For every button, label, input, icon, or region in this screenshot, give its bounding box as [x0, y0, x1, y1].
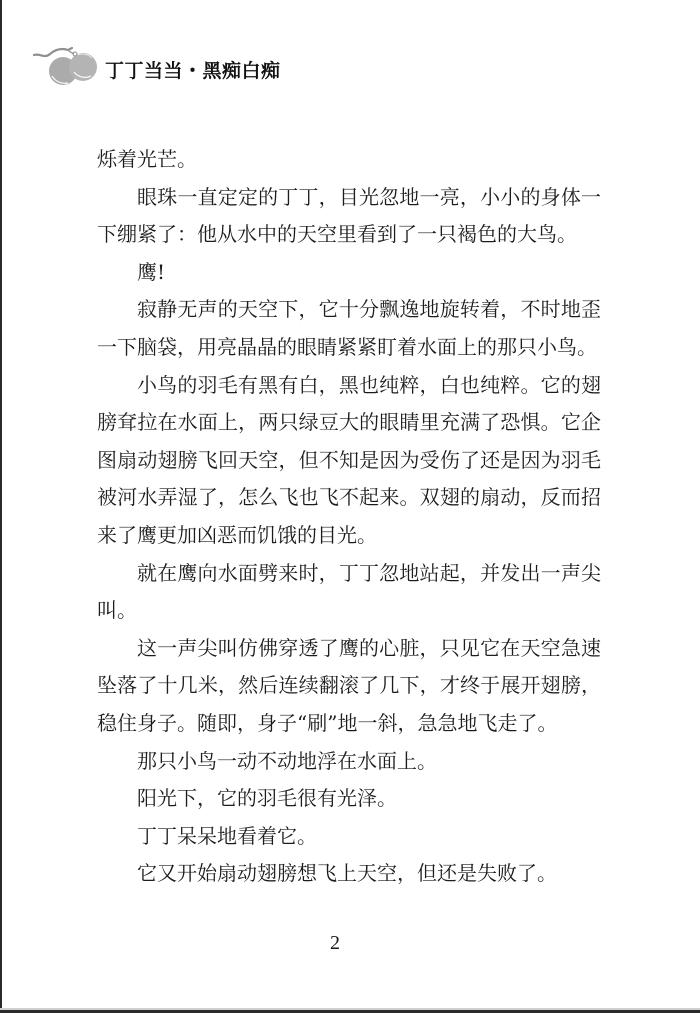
paragraph: 眼珠一直定定的丁丁，目光忽地一亮，小小的身体一下绷紧了：他从水中的天空里看到了一…: [97, 179, 601, 254]
page-number: 2: [0, 932, 670, 955]
paragraph: 那只小鸟一动不动地浮在水面上。: [97, 743, 601, 781]
book-title: 丁丁当当・黑痴白痴: [105, 56, 281, 83]
running-header: [30, 44, 104, 86]
paragraph: 这一声尖叫仿佛穿透了鹰的心脏，只见它在天空急速坠落了十几米，然后连续翻滚了几下，…: [97, 630, 601, 743]
paragraph: 小鸟的羽毛有黑有白，黑也纯粹，白也纯粹。它的翅膀耷拉在水面上，两只绿豆大的眼睛里…: [97, 367, 601, 555]
paragraph: 鹰!: [97, 254, 601, 292]
gourd-icon: [30, 43, 104, 87]
paragraph: 烁着光芒。: [97, 141, 601, 179]
paragraph: 寂静无声的天空下，它十分飘逸地旋转着，不时地歪一下脑袋，用亮晶晶的眼睛紧紧盯着水…: [97, 291, 601, 366]
page-body: 烁着光芒。 眼珠一直定定的丁丁，目光忽地一亮，小小的身体一下绷紧了：他从水中的天…: [97, 141, 601, 893]
paragraph: 丁丁呆呆地看着它。: [97, 818, 601, 856]
paragraph: 它又开始扇动翅膀想飞上天空，但还是失败了。: [97, 855, 601, 893]
paragraph: 就在鹰向水面劈来时，丁丁忽地站起，并发出一声尖叫。: [97, 555, 601, 630]
paragraph: 阳光下，它的羽毛很有光泽。: [97, 780, 601, 818]
page-edge-left: [0, 0, 2, 1013]
